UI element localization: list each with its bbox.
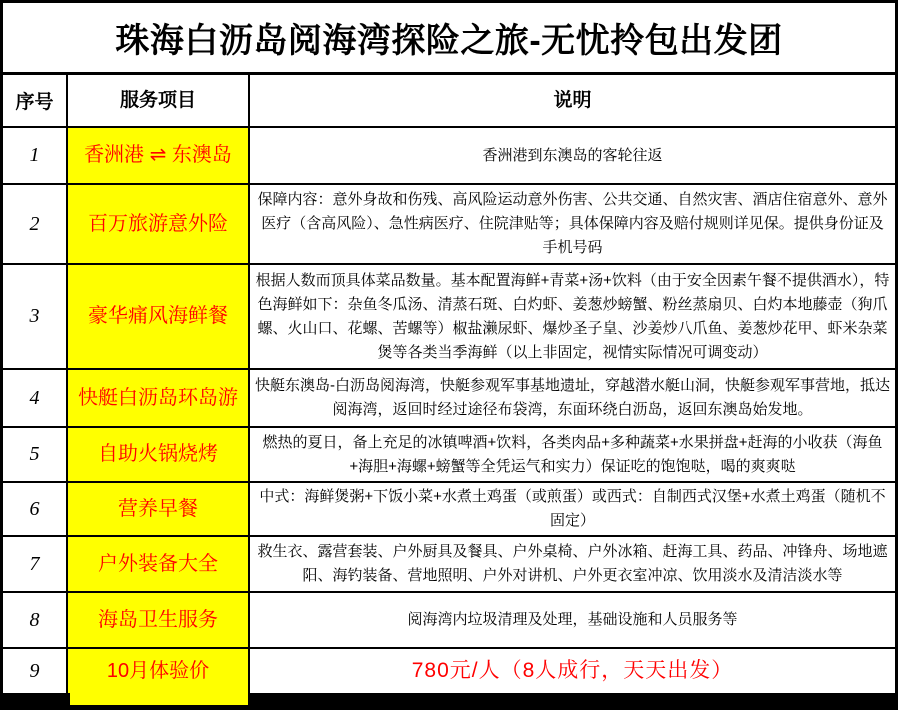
service-item-cell: 营养早餐 [68,483,250,535]
cutoff-next-row-cell [68,693,250,705]
row-number-cell: 4 [3,370,68,426]
table-row: 4 快艇白沥岛环岛游 快艇东澳岛-白沥岛阅海湾，快艇参观军事基地遗址，穿越潜水艇… [3,370,895,428]
header-row: 序号 服务项目 说明 [3,75,895,128]
table-row: 2 百万旅游意外险 保障内容：意外身故和伤残、高风险运动意外伤害、公共交通、自然… [3,185,895,265]
description-cell: 中式：海鲜煲粥+下饭小菜+水煮土鸡蛋（或煎蛋）或西式：自制西式汉堡+水煮土鸡蛋（… [250,483,895,535]
description-cell: 快艇东澳岛-白沥岛阅海湾，快艇参观军事基地遗址，穿越潜水艇山洞，快艇参观军事营地… [250,370,895,426]
service-item-cell: 户外装备大全 [68,537,250,591]
table-row: 1 香洲港 ⇌ 东澳岛 香洲港到东澳岛的客轮往返 [3,128,895,185]
table-row: 6 营养早餐 中式：海鲜煲粥+下饭小菜+水煮土鸡蛋（或煎蛋）或西式：自制西式汉堡… [3,483,895,537]
service-item-cell: 快艇白沥岛环岛游 [68,370,250,426]
price-cell: 780元/人（8人成行，天天出发） [250,649,895,693]
row-number-cell: 3 [3,265,68,368]
row-number-cell: 8 [3,593,68,647]
description-cell: 香洲港到东澳岛的客轮往返 [250,128,895,183]
row-number-cell: 9 [3,649,68,693]
service-item-cell: 香洲港 ⇌ 东澳岛 [68,128,250,183]
row-number-cell: 5 [3,428,68,481]
tour-package-table: 珠海白沥岛阅海湾探险之旅-无忧拎包出发团 序号 服务项目 说明 1 香洲港 ⇌ … [0,0,898,710]
header-cell-description: 说明 [250,75,895,126]
service-item-cell: 豪华痛风海鲜餐 [68,265,250,368]
description-cell: 救生衣、露营套装、户外厨具及餐具、户外桌椅、户外冰箱、赶海工具、药品、冲锋舟、场… [250,537,895,591]
service-item-cell: 自助火锅烧烤 [68,428,250,481]
table-row: 7 户外装备大全 救生衣、露营套装、户外厨具及餐具、户外桌椅、户外冰箱、赶海工具… [3,537,895,593]
table-row: 9 10月体验价 780元/人（8人成行，天天出发） [3,649,895,693]
table-row: 8 海岛卫生服务 阅海湾内垃圾清理及处理，基础设施和人员服务等 [3,593,895,649]
table-row: 5 自助火锅烧烤 燃热的夏日，备上充足的冰镇啤酒+饮料，各类肉品+多种蔬菜+水果… [3,428,895,483]
page-title: 珠海白沥岛阅海湾探险之旅-无忧拎包出发团 [3,3,895,75]
row-number-cell: 7 [3,537,68,591]
row-number-cell: 2 [3,185,68,263]
description-cell: 阅海湾内垃圾清理及处理，基础设施和人员服务等 [250,593,895,647]
description-cell: 燃热的夏日，备上充足的冰镇啤酒+饮料，各类肉品+多种蔬菜+水果拼盘+赶海的小收获… [250,428,895,481]
description-cell: 根据人数而顶具体菜品数量。基本配置海鲜+青菜+汤+饮料（由于安全因素午餐不提供酒… [250,265,895,368]
service-item-cell: 百万旅游意外险 [68,185,250,263]
header-cell-number: 序号 [3,75,68,126]
row-number-cell: 6 [3,483,68,535]
service-item-cell: 海岛卫生服务 [68,593,250,647]
table-row: 3 豪华痛风海鲜餐 根据人数而顶具体菜品数量。基本配置海鲜+青菜+汤+饮料（由于… [3,265,895,370]
service-item-cell: 10月体验价 [68,649,250,693]
description-cell: 保障内容：意外身故和伤残、高风险运动意外伤害、公共交通、自然灾害、酒店住宿意外、… [250,185,895,263]
header-cell-service: 服务项目 [68,75,250,126]
table-bottom-border [3,693,895,710]
row-number-cell: 1 [3,128,68,183]
